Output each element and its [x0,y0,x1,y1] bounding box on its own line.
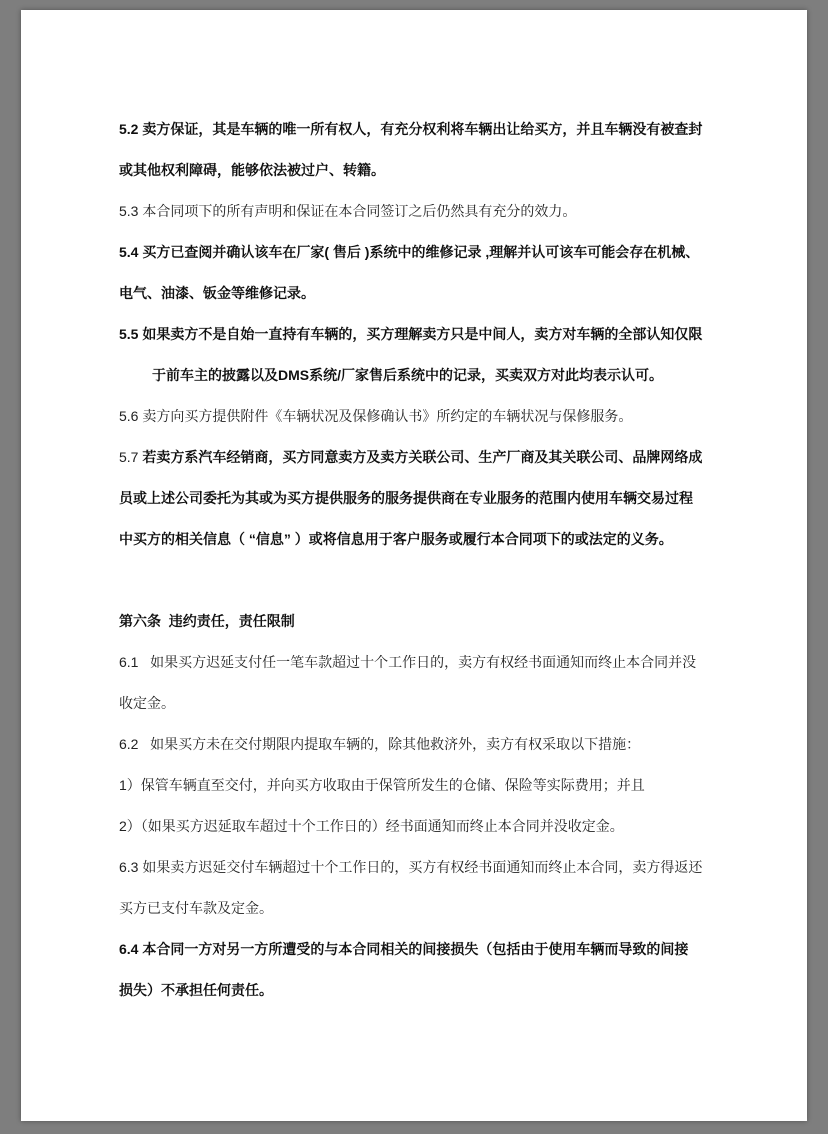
document-page: 5.2 卖方保证，其是车辆的唯一所有权人，有充分权利将车辆出让给买方，并且车辆没… [21,10,807,1121]
text-line: 员或上述公司委托为其或为买方提供服务的服务提供商在专业服务的范围内使用车辆交易过… [119,478,711,519]
blank-line [119,560,711,601]
text-line: 2）（如果买方迟延取车超过十个工作日的）经书面通知而终止本合同并没收定金。 [119,806,711,847]
text-line: 5.7 若卖方系汽车经销商，买方同意卖方及卖方关联公司、生产厂商及其关联公司、品… [119,437,711,478]
bold-text-segment: 第六条 违约责任，责任限制 [119,613,295,629]
regular-text-segment: 6.2 如果买方未在交付期限内提取车辆的，除其他救济外，卖方有权采取以下措施： [119,736,640,752]
regular-text-segment: 买方已支付车款及定金。 [119,900,273,916]
regular-text-segment: 6.1 如果买方迟延支付任一笔车款超过十个工作日的，卖方有权经书面通知而终止本合… [119,654,696,670]
text-line: 6.4 本合同一方对另一方所遭受的与本合同相关的间接损失（包括由于使用车辆而导致… [119,929,711,970]
bold-text-segment: 若卖方系汽车经销商，买方同意卖方及卖方关联公司、生产厂商及其关联公司、品牌网络成 [142,449,702,465]
regular-text-segment: 5.3 本合同项下的所有声明和保证在本合同签订之后仍然具有充分的效力。 [119,203,576,219]
text-line: 5.5 如果卖方不是自始一直持有车辆的，买方理解卖方只是中间人，卖方对车辆的全部… [119,314,711,355]
regular-text-segment: 5.7 [119,449,142,465]
bold-text-segment: 或其他权利障碍，能够依法被过户、转籍。 [119,162,385,178]
text-line: 电气、油漆、钣金等维修记录。 [119,273,711,314]
regular-text-segment: 1）保管车辆直至交付，并向买方收取由于保管所发生的仓储、保险等实际费用；并且 [119,777,645,793]
bold-text-segment: 5.2 卖方保证，其是车辆的唯一所有权人，有充分权利将车辆出让给买方，并且车辆没… [119,121,702,137]
document-body: 5.2 卖方保证，其是车辆的唯一所有权人，有充分权利将车辆出让给买方，并且车辆没… [119,109,711,1011]
regular-text-segment: 6.3 如果卖方迟延交付车辆超过十个工作日的，买方有权经书面通知而终止本合同，卖… [119,859,702,875]
text-line: 中买方的相关信息（ “信息” ）或将信息用于客户服务或履行本合同项下的或法定的义… [119,519,711,560]
text-line: 5.6 卖方向买方提供附件《车辆状况及保修确认书》所约定的车辆状况与保修服务。 [119,396,711,437]
text-line: 5.4 买方已查阅并确认该车在厂家( 售后 )系统中的维修记录 ,理解并认可该车… [119,232,711,273]
text-line: 买方已支付车款及定金。 [119,888,711,929]
text-line: 6.3 如果卖方迟延交付车辆超过十个工作日的，买方有权经书面通知而终止本合同，卖… [119,847,711,888]
text-line: 第六条 违约责任，责任限制 [119,601,711,642]
regular-text-segment: 收定金。 [119,695,175,711]
regular-text-segment: 5.6 卖方向买方提供附件《车辆状况及保修确认书》所约定的车辆状况与保修服务。 [119,408,632,424]
text-line: 5.3 本合同项下的所有声明和保证在本合同签订之后仍然具有充分的效力。 [119,191,711,232]
regular-text-segment: 2）（如果买方迟延取车超过十个工作日的）经书面通知而终止本合同并没收定金。 [119,818,624,834]
text-line: 或其他权利障碍，能够依法被过户、转籍。 [119,150,711,191]
bold-text-segment: 员或上述公司委托为其或为买方提供服务的服务提供商在专业服务的范围内使用车辆交易过… [119,490,693,506]
bold-text-segment: 损失）不承担任何责任。 [119,982,273,998]
text-line: 1）保管车辆直至交付，并向买方收取由于保管所发生的仓储、保险等实际费用；并且 [119,765,711,806]
bold-text-segment: 中买方的相关信息（ “信息” ）或将信息用于客户服务或履行本合同项下的或法定的义… [119,531,673,547]
bold-text-segment: 于前车主的披露以及DMS系统/厂家售后系统中的记录，买卖双方对此均表示认可。 [152,367,663,383]
text-line: 收定金。 [119,683,711,724]
text-line: 6.1 如果买方迟延支付任一笔车款超过十个工作日的，卖方有权经书面通知而终止本合… [119,642,711,683]
text-line: 6.2 如果买方未在交付期限内提取车辆的，除其他救济外，卖方有权采取以下措施： [119,724,711,765]
text-line: 于前车主的披露以及DMS系统/厂家售后系统中的记录，买卖双方对此均表示认可。 [119,355,711,396]
text-line: 5.2 卖方保证，其是车辆的唯一所有权人，有充分权利将车辆出让给买方，并且车辆没… [119,109,711,150]
bold-text-segment: 电气、油漆、钣金等维修记录。 [119,285,315,301]
bold-text-segment: 5.5 如果卖方不是自始一直持有车辆的，买方理解卖方只是中间人，卖方对车辆的全部… [119,326,702,342]
text-line: 损失）不承担任何责任。 [119,970,711,1011]
bold-text-segment: 5.4 买方已查阅并确认该车在厂家( 售后 )系统中的维修记录 ,理解并认可该车… [119,244,699,260]
bold-text-segment: 6.4 本合同一方对另一方所遭受的与本合同相关的间接损失（包括由于使用车辆而导致… [119,941,688,957]
